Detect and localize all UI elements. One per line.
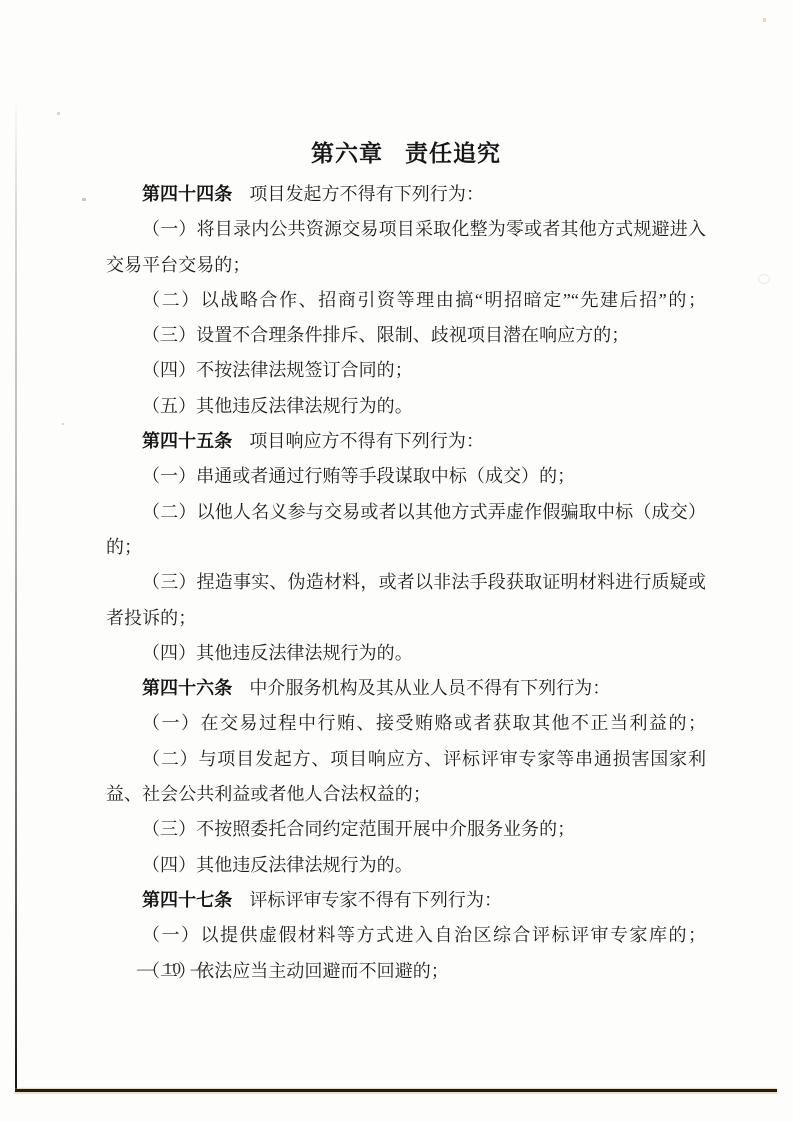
article-44-heading: 第四十四条项目发起方不得有下列行为： (106, 177, 706, 212)
article-44-item-4: （四）不按法律法规签订合同的； (106, 353, 706, 388)
scan-speck (82, 198, 86, 201)
scan-edge-left-line (15, 95, 17, 1092)
article-45-heading: 第四十五条项目响应方不得有下列行为： (106, 424, 706, 459)
article-46-number: 第四十六条 (142, 678, 232, 698)
chapter-heading: 第六章责任追究 (106, 139, 706, 168)
article-47-heading: 第四十七条评标评审专家不得有下列行为： (106, 883, 706, 918)
article-46-heading: 第四十六条中介服务机构及其从业人员不得有下列行为： (106, 671, 706, 706)
scan-speck (57, 112, 60, 115)
article-46-lead: 中介服务机构及其从业人员不得有下列行为： (249, 678, 610, 698)
chapter-label: 第六章 (311, 140, 383, 166)
scan-edge-bottom-line (15, 1089, 777, 1092)
scanned-document-page: 第六章责任追究 第四十四条项目发起方不得有下列行为： （一）将目录内公共资源交易… (0, 0, 793, 1122)
article-45-number: 第四十五条 (142, 431, 232, 451)
scan-speck-ring (758, 274, 770, 284)
chapter-title: 责任追究 (405, 140, 501, 166)
scan-speck (763, 18, 766, 22)
article-46-item-1: （一）在交易过程中行贿、接受贿赂或者获取其他不正当利益的； (106, 706, 706, 741)
article-45-lead: 项目响应方不得有下列行为： (249, 431, 484, 451)
page-number-value: 10 (164, 959, 182, 978)
article-46-item-3: （三）不按照委托合同约定范围开展中介服务业务的； (106, 812, 706, 847)
article-47-lead: 评标评审专家不得有下列行为： (249, 890, 502, 910)
article-46-item-4: （四）其他违反法律法规行为的。 (106, 848, 706, 883)
page-number: —10— (128, 957, 217, 981)
article-47-number: 第四十七条 (142, 890, 232, 910)
article-45-item-4: （四）其他违反法律法规行为的。 (106, 636, 706, 671)
page-number-right-dash: — (191, 959, 209, 978)
article-46-item-2: （二）与项目发起方、项目响应方、评标评审专家等串通损害国家利益、社会公共利益或者… (106, 742, 706, 813)
article-44-item-1: （一）将目录内公共资源交易项目采取化整为零或者其他方式规避进入交易平台交易的； (106, 212, 706, 283)
article-44-number: 第四十四条 (142, 184, 232, 204)
article-45-item-3: （三）捏造事实、伪造材料，或者以非法手段获取证明材料进行质疑或者投诉的； (106, 565, 706, 636)
scan-speck (62, 423, 64, 425)
article-45-item-2: （二）以他人名义参与交易或者以其他方式弄虚作假骗取中标（成交）的； (106, 495, 706, 566)
page-number-left-dash: — (137, 959, 155, 978)
article-44-item-3: （三）设置不合理条件排斥、限制、歧视项目潜在响应方的； (106, 318, 706, 353)
article-45-item-1: （一）串通或者通过行贿等手段谋取中标（成交）的； (106, 459, 706, 494)
document-body: 第六章责任追究 第四十四条项目发起方不得有下列行为： （一）将目录内公共资源交易… (106, 139, 706, 989)
article-47-item-1: （一）以提供虚假材料等方式进入自治区综合评标评审专家库的； (106, 918, 706, 953)
article-44-lead: 项目发起方不得有下列行为： (249, 184, 484, 204)
article-44-item-5: （五）其他违反法律法规行为的。 (106, 389, 706, 424)
article-44-item-2: （二）以战略合作、招商引资等理由搞“明招暗定”“先建后招”的； (106, 283, 706, 318)
